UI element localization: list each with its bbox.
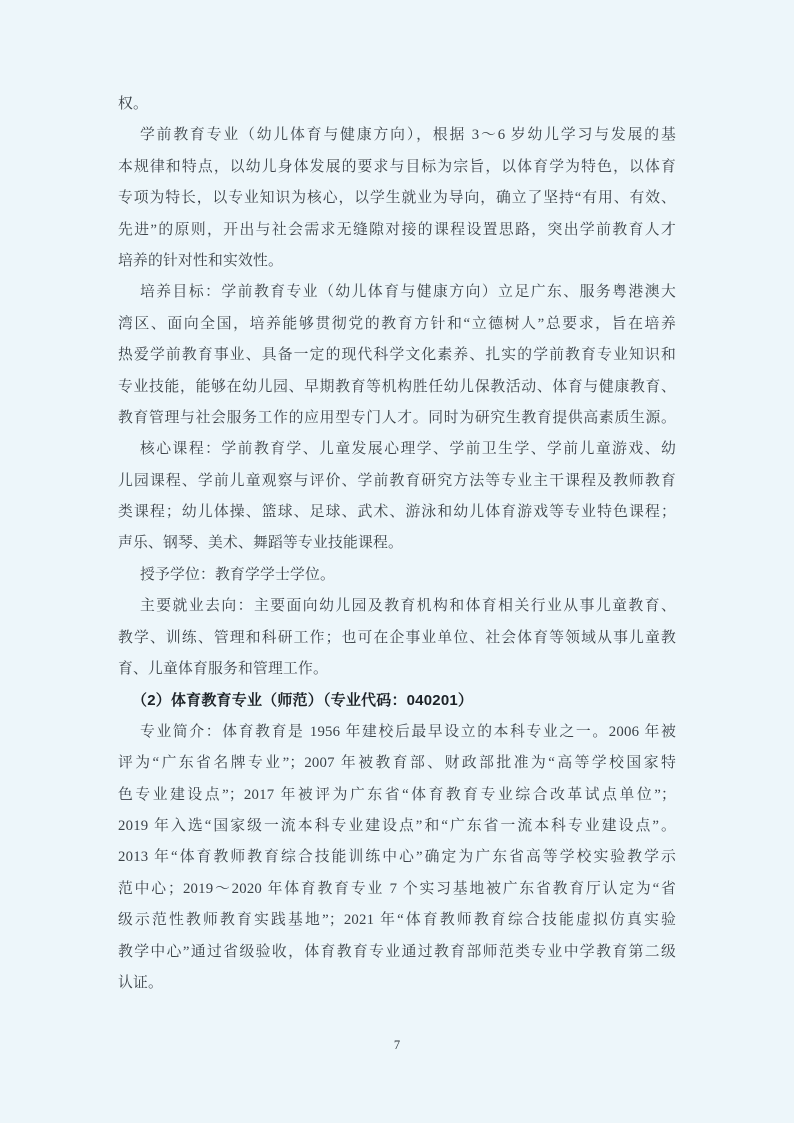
text-line: 2019 年入选“国家级一流本科专业建设点”和“广东省一流本科专业建设点”。 <box>118 811 676 842</box>
text-line: 级示范性教师教育实践基地”；2021 年“体育教师教育综合技能虚拟仿真实验 <box>118 905 676 936</box>
text-line: 认证。 <box>118 968 676 999</box>
text-line: 学前教育专业（幼儿体育与健康方向），根据 3～6 岁幼儿学习与发展的基 <box>118 120 676 151</box>
text-line: （2）体育教育专业（师范）（专业代码：040201） <box>118 685 676 716</box>
paragraph: 核心课程：学前教育学、儿童发展心理学、学前卫生学、学前儿童游戏、幼儿园课程、学前… <box>118 434 676 560</box>
text-line: 教学、训练、管理和科研工作；也可在企事业单位、社会体育等领域从事儿童教 <box>118 623 676 654</box>
text-line: 教育管理与社会服务工作的应用型专门人才。同时为研究生教育提供高素质生源。 <box>118 403 676 434</box>
text-line: 主要就业去向：主要面向幼儿园及教育机构和体育相关行业从事儿童教育、 <box>118 591 676 622</box>
section-heading: （2）体育教育专业（师范）（专业代码：040201） <box>118 685 676 716</box>
text-line: 先进”的原则，开出与社会需求无缝隙对接的课程设置思路，突出学前教育人才 <box>118 215 676 246</box>
text-line: 授予学位：教育学学士学位。 <box>118 560 676 591</box>
paragraph: 学前教育专业（幼儿体育与健康方向），根据 3～6 岁幼儿学习与发展的基本规律和特… <box>118 120 676 277</box>
page-number: 7 <box>0 1038 794 1053</box>
text-line: 专项为特长，以专业知识为核心，以学生就业为导向，确立了坚持“有用、有效、 <box>118 183 676 214</box>
paragraph: 权。 <box>118 89 676 120</box>
text-line: 2013 年“体育教师教育综合技能训练中心”确定为广东省高等学校实验教学示 <box>118 842 676 873</box>
paragraph: 培养目标：学前教育专业（幼儿体育与健康方向）立足广东、服务粤港澳大湾区、面向全国… <box>118 277 676 434</box>
text-line: 权。 <box>118 89 676 120</box>
text-line: 儿园课程、学前儿童观察与评价、学前教育研究方法等专业主干课程及教师教育 <box>118 466 676 497</box>
document-page: 权。学前教育专业（幼儿体育与健康方向），根据 3～6 岁幼儿学习与发展的基本规律… <box>0 0 794 1123</box>
text-line: 育、儿童体育服务和管理工作。 <box>118 654 676 685</box>
text-line: 声乐、钢琴、美术、舞蹈等专业技能课程。 <box>118 528 676 559</box>
text-line: 培养的针对性和实效性。 <box>118 246 676 277</box>
text-line: 热爱学前教育事业、具备一定的现代科学文化素养、扎实的学前教育专业知识和 <box>118 340 676 371</box>
text-line: 培养目标：学前教育专业（幼儿体育与健康方向）立足广东、服务粤港澳大 <box>118 277 676 308</box>
text-line: 色专业建设点”；2017 年被评为广东省“体育教育专业综合改革试点单位”； <box>118 780 676 811</box>
paragraph: 主要就业去向：主要面向幼儿园及教育机构和体育相关行业从事儿童教育、教学、训练、管… <box>118 591 676 685</box>
text-line: 教学中心”通过省级验收，体育教育专业通过教育部师范类专业中学教育第二级 <box>118 937 676 968</box>
text-line: 评为“广东省名牌专业”；2007 年被教育部、财政部批准为“高等学校国家特 <box>118 748 676 779</box>
paragraph: 专业简介：体育教育是 1956 年建校后最早设立的本科专业之一。2006 年被评… <box>118 717 676 1000</box>
text-line: 专业技能，能够在幼儿园、早期教育等机构胜任幼儿保教活动、体育与健康教育、 <box>118 372 676 403</box>
page-content: 权。学前教育专业（幼儿体育与健康方向），根据 3～6 岁幼儿学习与发展的基本规律… <box>118 89 676 999</box>
text-line: 核心课程：学前教育学、儿童发展心理学、学前卫生学、学前儿童游戏、幼 <box>118 434 676 465</box>
paragraph: 授予学位：教育学学士学位。 <box>118 560 676 591</box>
text-line: 范中心；2019～2020 年体育教育专业 7 个实习基地被广东省教育厅认定为“… <box>118 874 676 905</box>
text-line: 专业简介：体育教育是 1956 年建校后最早设立的本科专业之一。2006 年被 <box>118 717 676 748</box>
text-line: 类课程；幼儿体操、篮球、足球、武术、游泳和幼儿体育游戏等专业特色课程； <box>118 497 676 528</box>
text-line: 湾区、面向全国，培养能够贯彻党的教育方针和“立德树人”总要求，旨在培养 <box>118 309 676 340</box>
text-line: 本规律和特点，以幼儿身体发展的要求与目标为宗旨，以体育学为特色，以体育 <box>118 152 676 183</box>
